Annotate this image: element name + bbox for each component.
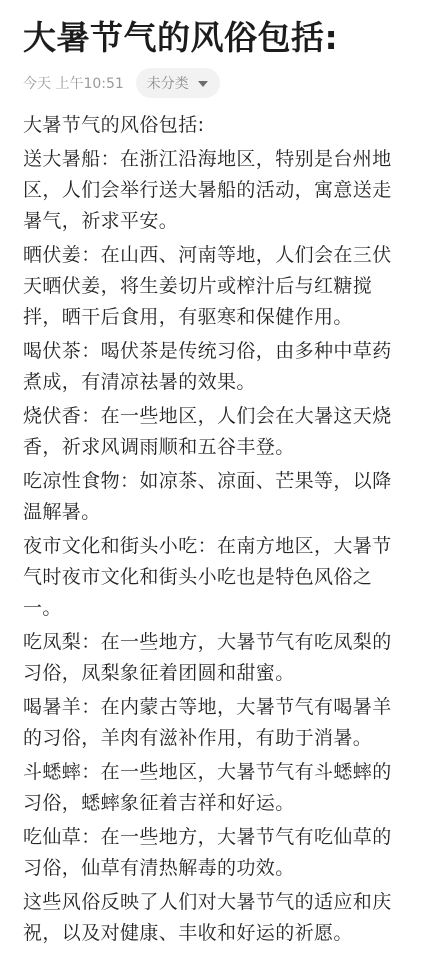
note-meta: 今天 上午10:51 未分类 — [23, 68, 407, 98]
paragraph-shao-fu-xiang: 烧伏香：在一些地区，人们会在大暑这天烧香，祈求风调雨顺和五谷丰登。 — [23, 401, 407, 463]
paragraph-song-dashu-chuan: 送大暑船：在浙江沿海地区，特别是台州地区，人们会举行送大暑船的活动，寓意送走暑气… — [23, 144, 407, 237]
caret-down-icon — [198, 81, 208, 87]
paragraph-he-fu-cha: 喝伏茶：喝伏茶是传统习俗，由多种中草药煮成，有清凉祛暑的效果。 — [23, 336, 407, 398]
paragraph-dou-xishuai: 斗蟋蟀：在一些地区，大暑节气有斗蟋蟀的习俗，蟋蟀象征着吉祥和好运。 — [23, 757, 407, 819]
note-view: 大暑节气的风俗包括: 今天 上午10:51 未分类 大暑节气的风俗包括: 送大暑… — [0, 17, 430, 949]
paragraph-he-shu-yang: 喝暑羊：在内蒙古等地，大暑节气有喝暑羊的习俗，羊肉有滋补作用，有助于消暑。 — [23, 692, 407, 754]
note-body[interactable]: 大暑节气的风俗包括: 送大暑船：在浙江沿海地区，特别是台州地区，人们会举行送大暑… — [23, 110, 407, 949]
note-timestamp: 今天 上午10:51 — [23, 73, 124, 93]
paragraph-conclusion: 这些风俗反映了人们对大暑节气的适应和庆祝，以及对健康、丰收和好运的祈愿。 — [23, 887, 407, 949]
note-title[interactable]: 大暑节气的风俗包括: — [23, 17, 407, 59]
paragraph-chi-xiancao: 吃仙草：在一些地方，大暑节气有吃仙草的习俗，仙草有清热解毒的功效。 — [23, 822, 407, 884]
paragraph-yeshi-wenhua: 夜市文化和街头小吃：在南方地区，大暑节气时夜市文化和街头小吃也是特色风俗之一。 — [23, 531, 407, 624]
paragraph-chi-fengli: 吃凤梨：在一些地方，大暑节气有吃凤梨的习俗，凤梨象征着团圆和甜蜜。 — [23, 627, 407, 689]
category-dropdown[interactable]: 未分类 — [136, 68, 220, 98]
paragraph-liang-xing-shiwu: 吃凉性食物：如凉茶、凉面、芒果等，以降温解暑。 — [23, 466, 407, 528]
paragraph-intro: 大暑节气的风俗包括: — [23, 110, 407, 141]
category-label: 未分类 — [147, 73, 189, 93]
paragraph-shai-fu-jiang: 晒伏姜：在山西、河南等地，人们会在三伏天晒伏姜，将生姜切片或榨汁后与红糖搅拌，晒… — [23, 240, 407, 333]
